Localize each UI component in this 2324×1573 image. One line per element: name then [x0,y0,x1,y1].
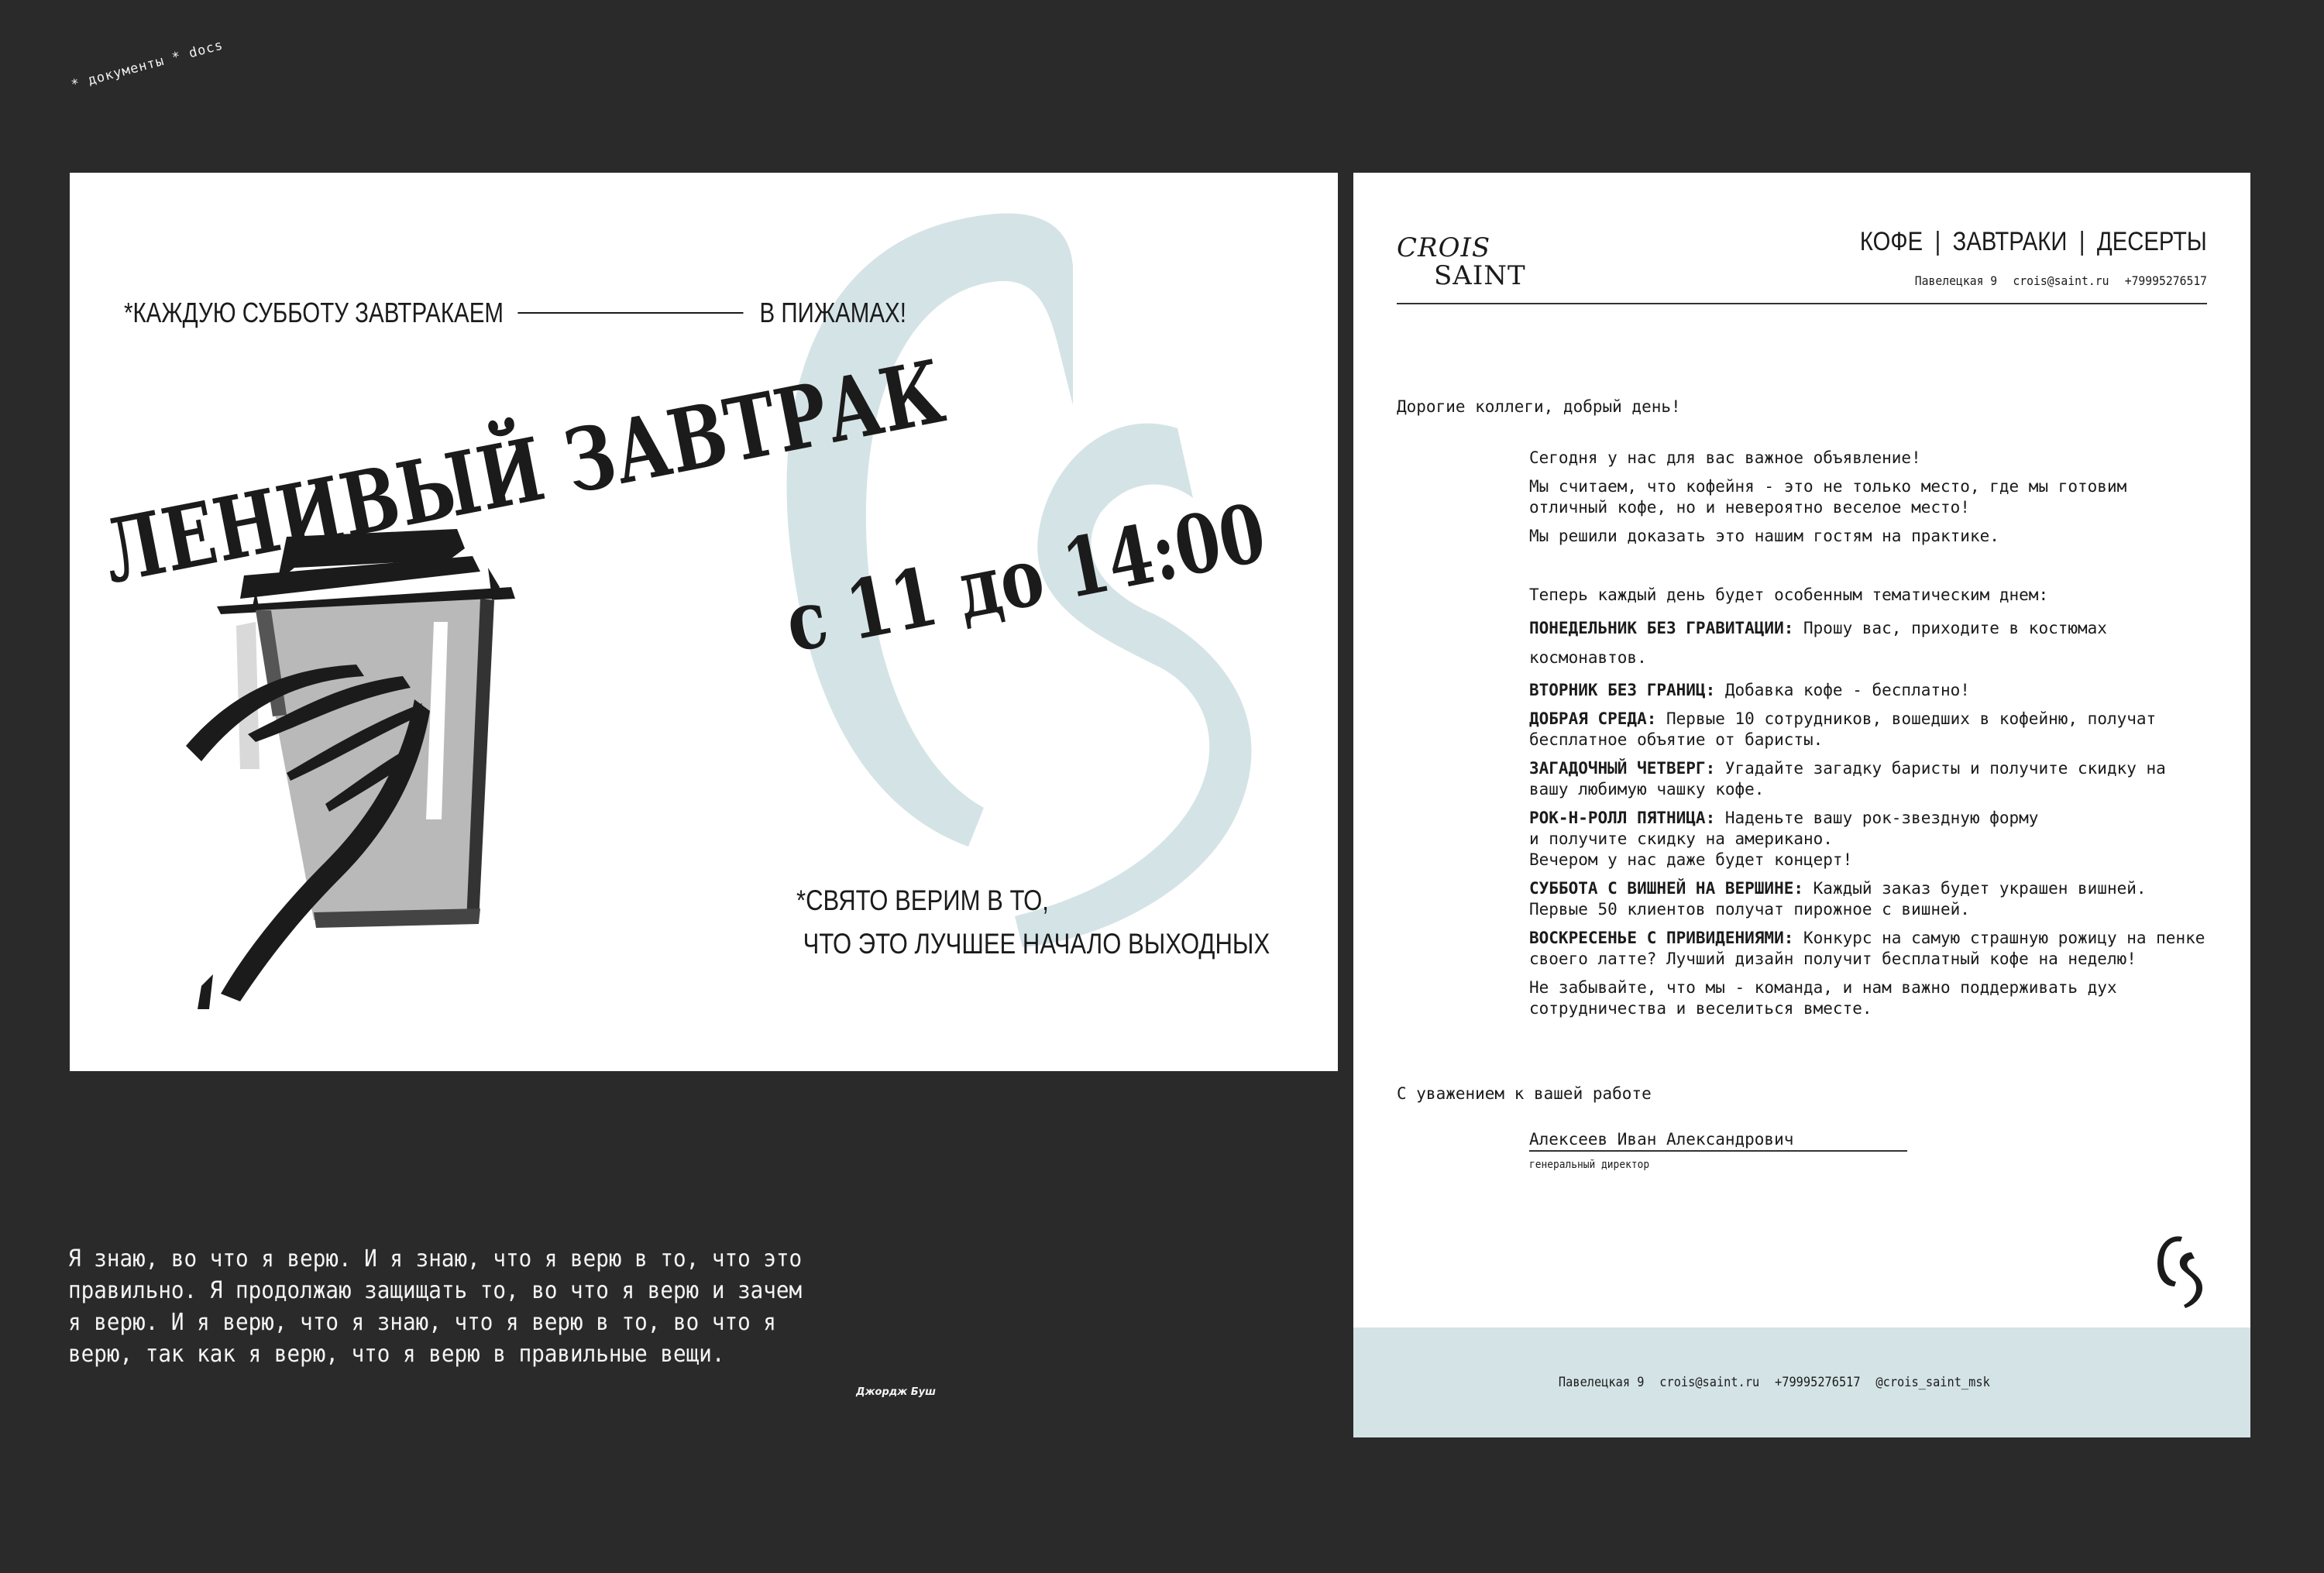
nav-desserts: ДЕСЕРТЫ [2097,227,2207,257]
nav-separator: | [1935,227,1941,257]
footer-phone: +79995276517 [1775,1375,1861,1390]
brand-logo: CROIS SAINT [1397,235,1526,290]
tagline-left: *КАЖДУЮ СУББОТУ ЗАВТРАКАЕМ [124,297,504,329]
tagline-dash [517,312,743,314]
contact-phone: +79995276517 [2125,273,2207,288]
days-block: Теперь каждый день будет особенным темат… [1529,585,2211,1027]
intro-line: Мы считаем, что кофейня - это не только … [1529,476,2211,518]
letter-nav: КОФЕ | ЗАВТРАКИ | ДЕСЕРТЫ [1860,227,2207,257]
cs-monogram-icon [2153,1231,2207,1308]
footer-address: Павелецкая 9 [1559,1375,1645,1390]
quote-text: Я знаю, во что я верю. И я знаю, что я в… [68,1243,859,1370]
day-item: ДОБРАЯ СРЕДА: Первые 10 сотрудников, вош… [1529,709,2211,750]
contact-address: Павелецкая 9 [1915,273,1997,288]
nav-separator: | [2079,227,2085,257]
letter-footer: Павелецкая 9 crois@saint.ru +79995276517… [1353,1327,2250,1437]
letter: CROIS SAINT КОФЕ | ЗАВТРАКИ | ДЕСЕРТЫ Па… [1353,173,2250,1437]
footer-email: crois@saint.ru [1659,1375,1759,1390]
hand-holding-coffee-cup-icon [186,513,604,1025]
signer-name: Алексеев Иван Александрович [1529,1130,1907,1152]
day-item: СУББОТА С ВИШНЕЙ НА ВЕРШИНЕ: Каждый зака… [1529,878,2211,920]
intro-block: Сегодня у нас для вас важное объявление!… [1529,448,2211,555]
nav-breakfasts: ЗАВТРАКИ [1953,227,2068,257]
intro-line: Сегодня у нас для вас важное объявление! [1529,448,2211,469]
poster: *КАЖДУЮ СУББОТУ ЗАВТРАКАЕМ В ПИЖАМАХ! ЛЕ… [70,173,1338,1071]
poster-belief: *СВЯТО ВЕРИМ В ТО, ЧТО ЭТО ЛУЧШЕЕ НАЧАЛО… [796,879,1270,966]
quote-author: Джордж Буш [856,1386,936,1398]
days-intro: Теперь каждый день будет особенным темат… [1529,585,2211,606]
intro-line: Мы решили доказать это нашим гостям на п… [1529,526,2211,547]
day-item: ВТОРНИК БЕЗ ГРАНИЦ: Добавка кофе - беспл… [1529,680,2211,701]
signer-role: генеральный директор [1529,1159,1649,1171]
section-tag: * документы * docs [70,37,225,93]
day-item: ВОСКРЕСЕНЬЕ С ПРИВИДЕНИЯМИ: Конкурс на с… [1529,928,2211,970]
greeting: Дорогие коллеги, добрый день! [1397,397,1681,416]
closing: Не забывайте, что мы - команда, и нам ва… [1529,977,2211,1019]
contact-email: crois@saint.ru [2013,273,2109,288]
tagline-right: В ПИЖАМАХ! [759,297,906,329]
day-item: ЗАГАДОЧНЫЙ ЧЕТВЕРГ: Угадайте загадку бар… [1529,758,2211,800]
day-item: ПОНЕДЕЛЬНИК БЕЗ ГРАВИТАЦИИ: Прошу вас, п… [1529,613,2211,672]
day-item: РОК-Н-РОЛЛ ПЯТНИЦА: Наденьте вашу рок-зв… [1529,808,2211,871]
nav-coffee: КОФЕ [1860,227,1923,257]
regards: С уважением к вашей работе [1397,1084,1652,1103]
header-contacts: Павелецкая 9 crois@saint.ru +79995276517 [1915,273,2207,288]
header-rule [1397,303,2207,304]
footer-instagram: @crois_saint_msk [1875,1375,1989,1390]
poster-tagline: *КАЖДУЮ СУББОТУ ЗАВТРАКАЕМ В ПИЖАМАХ! [124,297,906,329]
